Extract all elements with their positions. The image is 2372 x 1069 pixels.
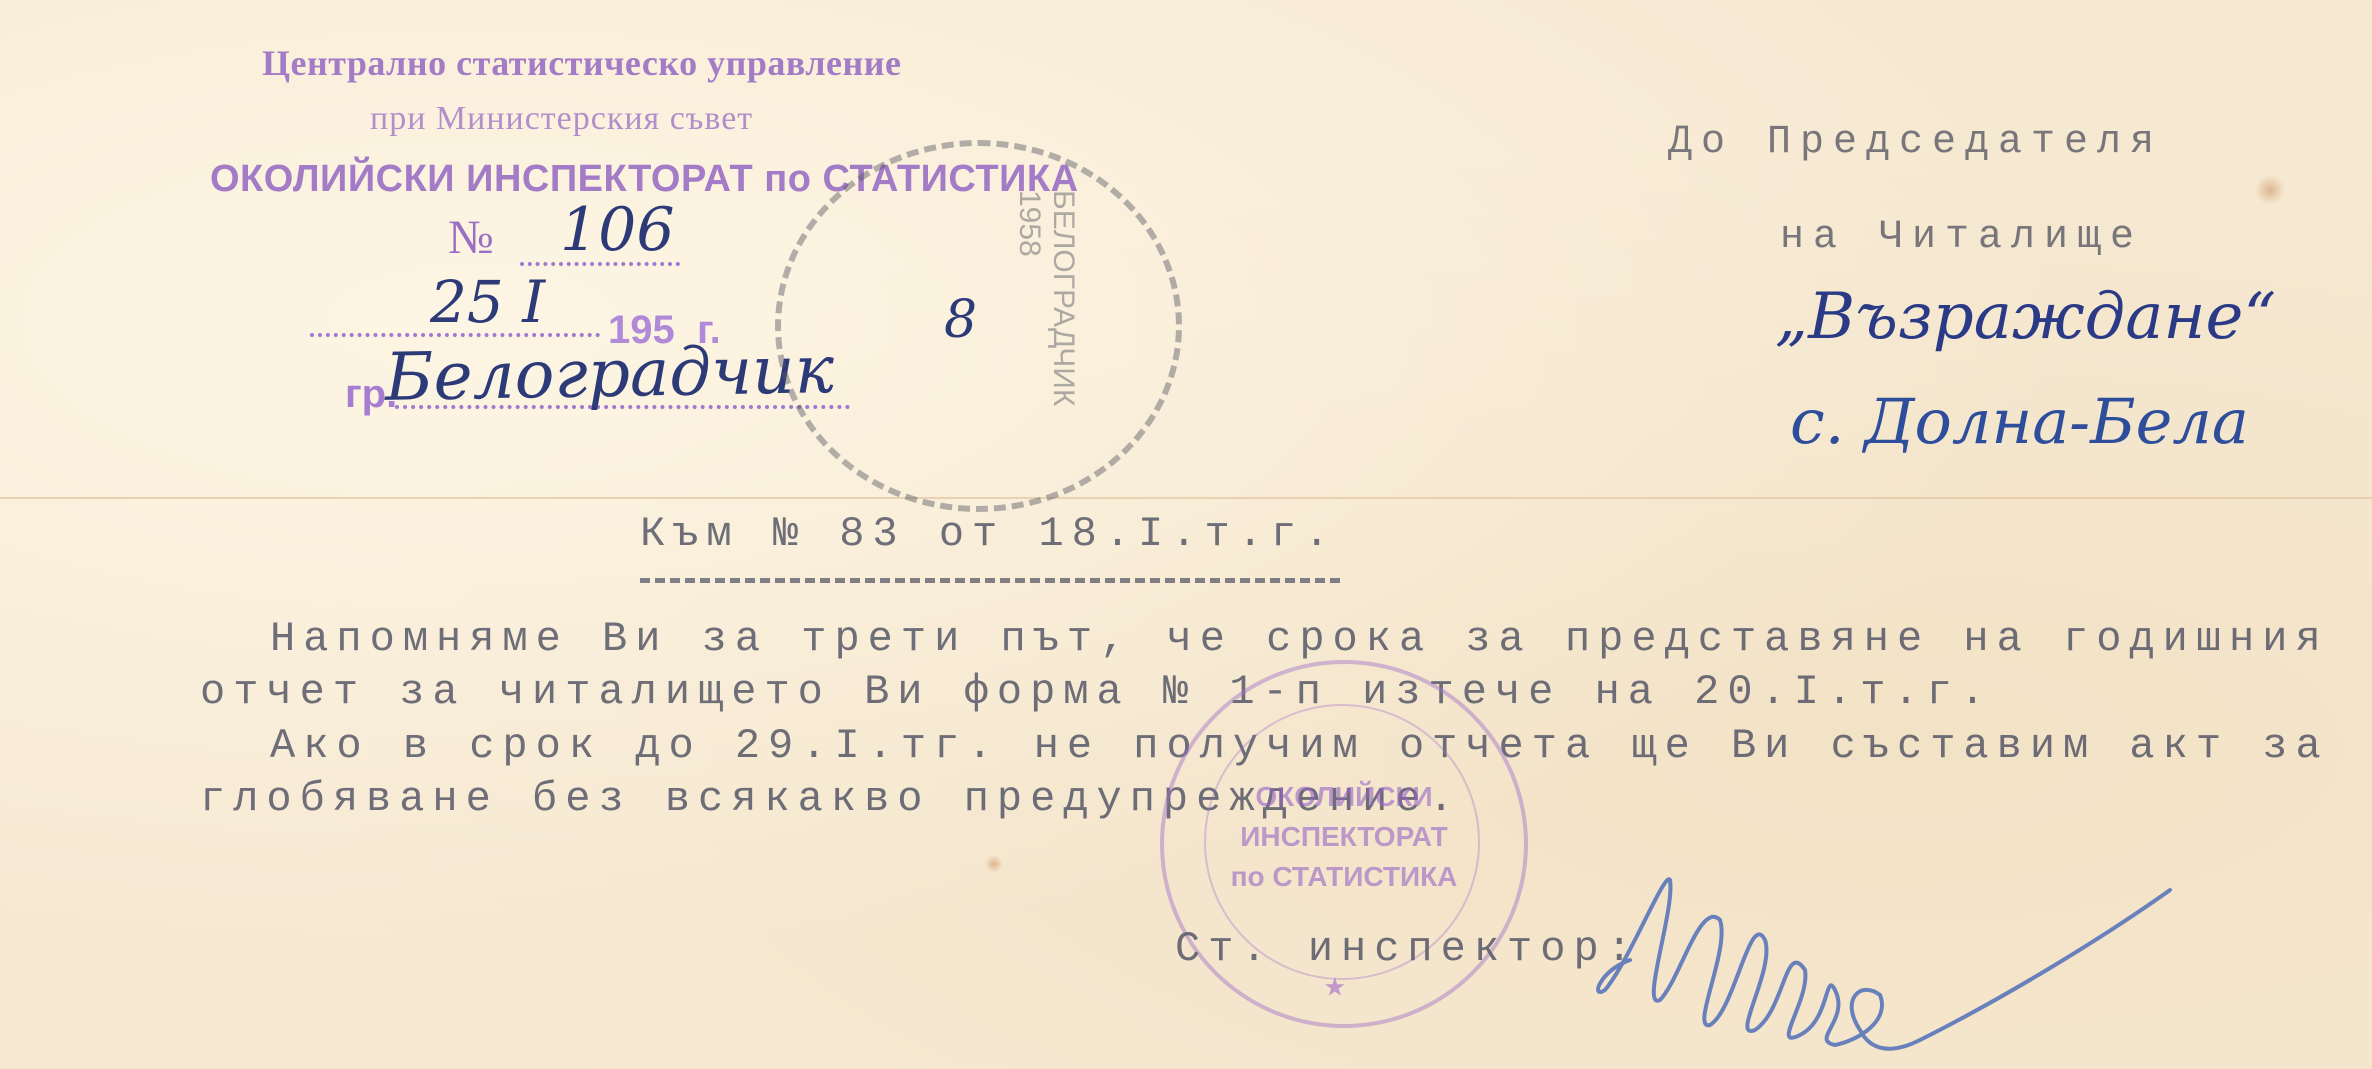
seal-text-line2: ИНСПЕКТОРАТ — [1164, 819, 1524, 855]
seal-text-line1: ОКОЛИЙСКИ — [1164, 779, 1524, 815]
addressee-line1: До Председателя — [1668, 120, 2163, 165]
paper-stain — [985, 855, 1003, 873]
seal-text-line3: по СТАТИСТИКА — [1164, 859, 1524, 895]
body-line-2: отчет за читалището Ви форма № 1-п изтеч… — [200, 668, 1993, 716]
signature-scribble — [1560, 850, 2180, 1060]
handwritten-organization: „Възраждане“ — [1775, 280, 2276, 354]
letterhead-line2: при Министерския съвет — [370, 100, 753, 138]
handwritten-village: с. Долна-Бела — [1790, 385, 2249, 458]
paper-fold-line — [0, 497, 2372, 499]
reference-underline — [640, 578, 1340, 583]
body-line-1: Напомняме Ви за трети път, че срока за п… — [270, 615, 2329, 663]
handwritten-number: 106 — [560, 195, 675, 265]
handwritten-city: Белоградчик — [384, 331, 834, 416]
number-label: № — [448, 210, 494, 265]
addressee-line2: на Читалище — [1780, 215, 2143, 260]
document-page: Централно статистическо управление при М… — [0, 0, 2372, 1069]
postmark-text: БЕЛОГРАДЧИК 1958 — [880, 190, 1080, 440]
reference-line: Към № 83 от 18.I.т.г. — [640, 510, 1337, 558]
handwritten-date: 25 I — [430, 268, 545, 336]
paper-stain — [2255, 175, 2285, 205]
letterhead-line1: Централно статистическо управление — [262, 42, 901, 84]
